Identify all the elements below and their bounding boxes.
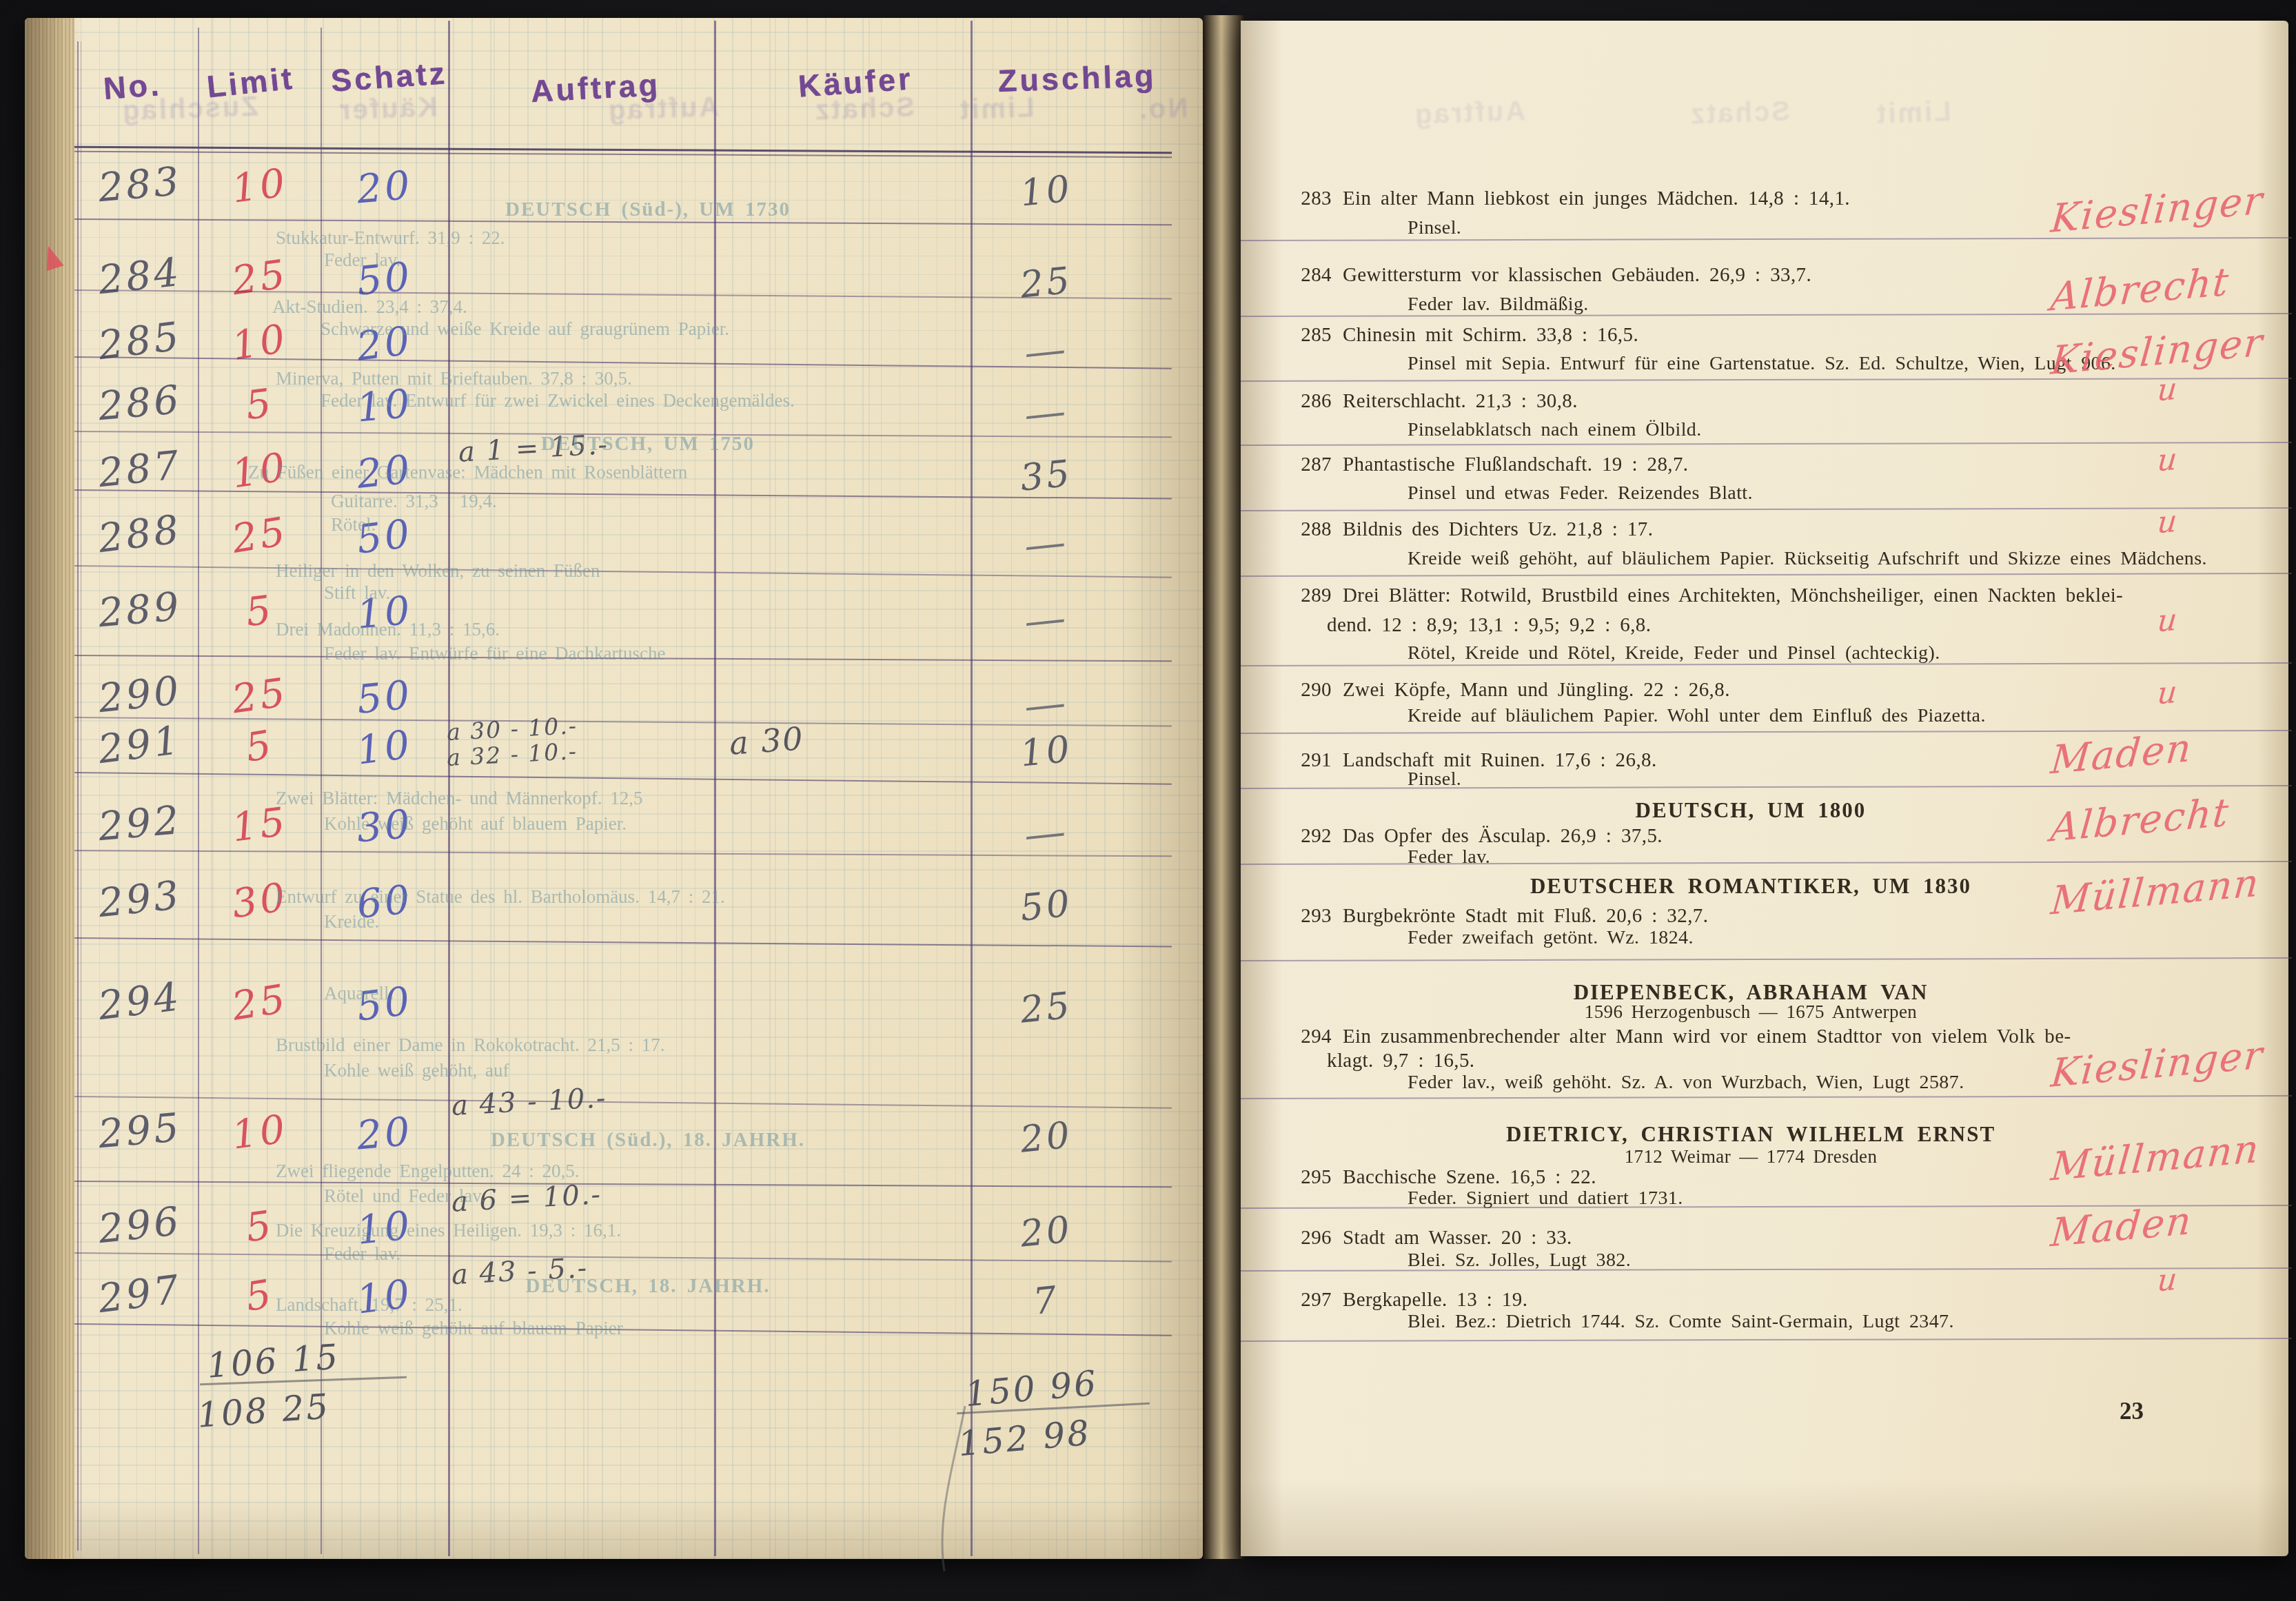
bleed-through-text: Rötel. [331, 514, 376, 536]
bleed-through-text: Zwei Blätter: Mädchen- und Männerkopf. 1… [276, 788, 643, 809]
bleed-through-text: Minerva, Putten mit Brieftauben. 37,8 : … [276, 368, 632, 389]
catalog-lot-title: Stadt am Wasser. 20 : 33. [1343, 1227, 1572, 1249]
page-number: 23 [2120, 1398, 2144, 1425]
catalog-lot-title: Chinesin mit Schirm. 33,8 : 16,5. [1343, 324, 1638, 346]
catalog-entry-detail: Rötel, Kreide und Rötel, Kreide, Feder u… [1408, 642, 1940, 664]
bleed-through-stamp: Schatz [813, 92, 915, 126]
catalog-entry-title: 292Das Opfer des Äsculap. 26,9 : 37,5. [1288, 825, 1663, 848]
bleed-through-text: Brustbild einer Dame in Rokokotracht. 21… [276, 1034, 664, 1056]
catalog-lot-number: 284 [1288, 264, 1332, 287]
bleed-through-text: Stukkatur-Entwurf. 31,9 : 22. [276, 227, 505, 249]
buyer-annotation: u [2156, 1261, 2180, 1298]
ledger-cell-no: 289 [86, 583, 193, 638]
bleed-through-text: Die Kreuzigung eines Heiligen. 19,3 : 16… [276, 1220, 621, 1241]
buyer-annotation: u [2156, 602, 2180, 639]
catalog-section-dates: 1596 Herzogenbusch — 1675 Antwerpen [1289, 1001, 2213, 1023]
catalog-entry-detail: Kreide weiß gehöht, auf bläulichem Papie… [1408, 548, 2207, 570]
bleed-through-text: Feder lav. Entwürfe für eine Dachkartusc… [324, 643, 666, 664]
ledger-cell-no: 292 [86, 797, 193, 851]
bleed-through-text: Drei Madonnen. 11,3 : 15,6. [276, 619, 500, 640]
catalog-entry-detail: Blei. Bez.: Dietrich 1744. Sz. Comte Sai… [1408, 1311, 1954, 1333]
bleed-through-text: DEUTSCH, 18. JAHRH. [407, 1275, 889, 1298]
bleed-through-text: Feder lav. [324, 249, 400, 271]
catalog-entry-title: 295Bacchische Szene. 16,5 : 22. [1288, 1166, 1596, 1189]
bleed-through-text: Akt-Studien. 23,4 : 37,4. [272, 296, 467, 318]
buyer-annotation: u [2156, 503, 2180, 540]
catalog-lot-number: 283 [1288, 187, 1332, 210]
catalog-entry-detail: Feder lav. Bildmäßig. [1408, 294, 1589, 316]
catalog-lot-title: Zwei Köpfe, Mann und Jüngling. 22 : 26,8… [1343, 679, 1730, 701]
catalog-entry-detail: Blei. Sz. Jolles, Lugt 382. [1408, 1250, 1631, 1272]
catalog-entry-title: 284Gewittersturm vor klassischen Gebäude… [1288, 264, 1811, 287]
catalog-entry-title: 286Reiterschlacht. 21,3 : 30,8. [1288, 390, 1578, 413]
catalog-entry-title: 287Phantastische Flußlandschaft. 19 : 28… [1288, 453, 1689, 476]
catalog-lot-number: 294 [1288, 1026, 1332, 1048]
bleed-through-text: Schwarze und weiße Kreide auf graugrünem… [321, 318, 729, 340]
catalog-lot-number: 289 [1288, 584, 1332, 607]
col-rule-4 [714, 21, 716, 1556]
bleed-through-stamp: Auftrag [1412, 96, 1526, 131]
bleed-through-text: Feder lav. Entwurf für zwei Zwickel eine… [321, 390, 795, 411]
catalog-lot-number: 297 [1288, 1289, 1332, 1312]
catalog-entry-detail: Feder lav., weiß gehöht. Sz. A. von Wurz… [1408, 1072, 1964, 1094]
catalog-lot-title: Ein alter Mann liebkost ein junges Mädch… [1343, 187, 1850, 210]
catalog-lot-title: Bacchische Szene. 16,5 : 22. [1343, 1166, 1596, 1188]
catalog-lot-title: Reiterschlacht. 21,3 : 30,8. [1343, 390, 1578, 412]
catalog-entry-title: 293Burgbekrönte Stadt mit Fluß. 20,6 : 3… [1288, 905, 1708, 928]
catalog-entry-title: 285Chinesin mit Schirm. 33,8 : 16,5. [1288, 324, 1638, 347]
bleed-through-text: DEUTSCH, UM 1750 [407, 433, 889, 456]
catalog-entry-detail: Pinselabklatsch nach einem Ölbild. [1408, 419, 1702, 441]
catalog-lot-title: Ein zusammenbrechender alter Mann wird v… [1343, 1026, 2071, 1048]
catalog-entry-title: 283Ein alter Mann liebkost ein junges Mä… [1288, 187, 1850, 210]
catalog-entry-title: 296Stadt am Wasser. 20 : 33. [1288, 1227, 1572, 1250]
bleed-through-stamp: Limit [957, 92, 1035, 126]
bleed-through-stamp: No. [1137, 93, 1188, 126]
buyer-annotation: u [2156, 441, 2180, 478]
bleed-through-text: Kreide. [324, 911, 379, 932]
catalog-entry-title-cont: dend. 12 : 8,9; 13,1 : 9,5; 9,2 : 6,8. [1327, 614, 1651, 637]
catalog-lot-number: 288 [1288, 518, 1332, 541]
ledger-cell-no: 283 [86, 158, 193, 212]
catalog-lot-number: 286 [1288, 390, 1332, 413]
catalog-entry-detail: Kreide auf bläulichem Papier. Wohl unter… [1408, 705, 1986, 727]
catalog-lot-title: Das Opfer des Äsculap. 26,9 : 37,5. [1343, 825, 1663, 847]
bleed-through-stamp: Schatz [1688, 96, 1790, 130]
catalog-lot-title: Gewittersturm vor klassischen Gebäuden. … [1343, 264, 1811, 286]
book-spread-photo: No. Limit Schatz Auftrag Käufer Zuschlag… [0, 0, 2296, 1601]
col-rule-5 [971, 21, 973, 1556]
bleed-through-text: Entwurf zu einer Statue des hl. Bartholo… [276, 886, 725, 908]
catalog-lot-number: 290 [1288, 679, 1332, 702]
buyer-annotation: u [2156, 371, 2180, 408]
bleed-through-text: Guitarre. 31,3 : 19,4. [331, 491, 497, 512]
bleed-through-text: Stift lav. [324, 582, 390, 604]
bleed-through-text: Rötel und Feder lav. [324, 1185, 485, 1207]
catalog-entry-title: 289Drei Blätter: Rotwild, Brustbild eine… [1288, 584, 2123, 607]
catalog-entry-title: 294Ein zusammenbrechender alter Mann wir… [1288, 1026, 2071, 1048]
bleed-through-text: DEUTSCH (Süd.), 18. JAHRH. [407, 1129, 889, 1152]
catalog-entry-detail: Pinsel mit Sepia. Entwurf für eine Garte… [1408, 353, 2116, 375]
catalog-lot-number: 293 [1288, 905, 1332, 928]
catalog-entry-title: 291Landschaft mit Ruinen. 17,6 : 26,8. [1288, 749, 1657, 772]
catalog-lot-title: Burgbekrönte Stadt mit Fluß. 20,6 : 32,7… [1343, 905, 1708, 927]
catalog-entry-detail: Feder zweifach getönt. Wz. 1824. [1408, 927, 1694, 949]
book-gutter [1203, 15, 1244, 1559]
buyer-annotation: u [2156, 674, 2180, 711]
catalog-lot-title: Phantastische Flußlandschaft. 19 : 28,7. [1343, 453, 1689, 476]
bleed-through-text: Kohle weiß gehöht auf blauem Papier [324, 1318, 623, 1339]
bleed-through-text: Zwei fliegende Engelputten. 24 : 20,5. [276, 1161, 579, 1182]
bleed-through-stamp: Limit [1874, 96, 1951, 130]
ledger-cell-no: 295 [86, 1104, 193, 1159]
catalog-entry-title: 290Zwei Köpfe, Mann und Jüngling. 22 : 2… [1288, 679, 1730, 702]
catalog-lot-number: 295 [1288, 1166, 1332, 1189]
catalog-lot-number: 291 [1288, 749, 1332, 772]
bleed-through-text: Kohle weiß gehöht, auf [324, 1060, 509, 1081]
catalog-lot-number: 287 [1288, 453, 1332, 476]
catalog-lot-title: Bildnis des Dichters Uz. 21,8 : 17. [1343, 518, 1653, 540]
catalog-entry-title: 297Bergkapelle. 13 : 19. [1288, 1289, 1527, 1312]
bleed-through-stamp: Auftrag [606, 92, 720, 127]
catalog-lot-title: Landschaft mit Ruinen. 17,6 : 26,8. [1343, 749, 1657, 771]
ledger-cell-no: 286 [86, 376, 193, 431]
bleed-through-text: Aquarell. [324, 983, 394, 1004]
catalog-lot-number: 296 [1288, 1227, 1332, 1250]
bleed-through-text: Heiliger in den Wolken, zu seinen Füßen [276, 560, 600, 582]
bleed-through-text: Zu Füßen einer Gartenvase: Mädchen mit R… [248, 462, 687, 483]
catalog-entry-detail: Feder lav. [1408, 846, 1490, 868]
bleed-through-text: Landschaft. 19,7 : 25,1. [276, 1294, 463, 1316]
catalog-entry-detail: Pinsel und etwas Feder. Reizendes Blatt. [1408, 482, 1753, 504]
catalog-entry-title-cont: klagt. 9,7 : 16,5. [1327, 1050, 1475, 1072]
catalog-lot-title: Bergkapelle. 13 : 19. [1343, 1289, 1527, 1311]
catalog-entry-detail: Pinsel. [1408, 217, 1461, 239]
bleed-through-stamp: Käufer [337, 92, 438, 126]
bleed-through-stamp: Zuschlag [120, 92, 258, 128]
bleed-through-text: Feder lav. [324, 1243, 400, 1265]
bleed-through-text: DEUTSCH (Süd-), UM 1730 [407, 198, 889, 221]
ledger-cell-kaufer-note: a 30 [728, 720, 805, 762]
catalog-lot-title: Drei Blätter: Rotwild, Brustbild eines A… [1343, 584, 2123, 606]
catalog-lot-number: 292 [1288, 825, 1332, 848]
bleed-through-text: Kohle weiß gehöht auf blauem Papier. [324, 813, 627, 835]
catalog-lot-number: 285 [1288, 324, 1332, 347]
catalog-entry-title: 288Bildnis des Dichters Uz. 21,8 : 17. [1288, 518, 1653, 541]
